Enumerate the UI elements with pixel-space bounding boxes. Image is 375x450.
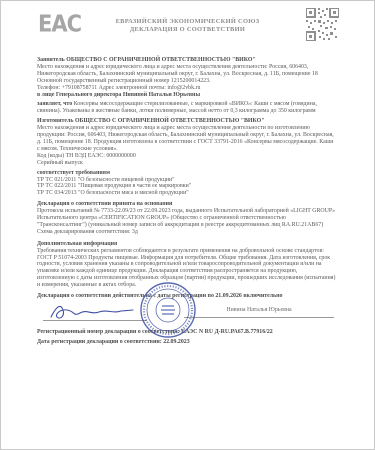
- applicant-ogrn: Основной государственный регистрационный…: [37, 78, 211, 84]
- qr-code-icon: [306, 8, 339, 41]
- eac-mark-logo: EAC: [38, 13, 81, 36]
- compliance-label: соответствует требованиям: [37, 170, 336, 177]
- document-body: Заявитель ОБЩЕСТВО С ОГРАНИЧЕННОЙ ОТВЕТС…: [37, 57, 336, 349]
- document-title: ДЕКЛАРАЦИЯ О СООТВЕТСТВИИ: [86, 26, 289, 34]
- registration-date: 22.09.2023: [163, 339, 190, 345]
- applicant-contacts: Телефон: +79108758711 Адрес электронной …: [37, 85, 200, 91]
- product-description: Консервы мясосодержащие стерилизованные,…: [37, 101, 317, 114]
- round-stamp: [139, 281, 197, 339]
- signature-underline: [43, 320, 147, 321]
- signer-name: Нивина Наталья Юрьевна: [184, 307, 334, 318]
- additional-info-label: Дополнительная информация: [37, 241, 336, 248]
- applicant-address: Место нахождения и адрес юридического ли…: [37, 64, 318, 77]
- applicant-block: Заявитель ОБЩЕСТВО С ОГРАНИЧЕННОЙ ОТВЕТС…: [37, 57, 336, 98]
- tnved-code: Код (коды) ТН ВЭД ЕАЭС: 0000000000: [37, 153, 136, 159]
- regulations-list: ТР ТС 021/2011 "О безопасности пищевой п…: [37, 177, 336, 198]
- union-name: ЕВРАЗИЙСКИЙ ЭКОНОМИЧЕСКИЙ СОЮЗ: [86, 18, 289, 26]
- regulation-item: ТР ТС 034/2013 "О безопасности мяса и мя…: [37, 190, 336, 197]
- manufacturer-label: Изготовитель: [37, 118, 73, 124]
- applicant-label: Заявитель: [37, 57, 65, 63]
- manufacturer-address: Место нахождения и адрес юридического ли…: [37, 125, 334, 152]
- signature-row: Нивина Наталья Юрьевна: [37, 303, 336, 329]
- declaration-document: EAC ЕВРАЗИЙСКИЙ ЭКОНОМИЧЕСКИЙ СОЮЗ ДЕКЛА…: [0, 0, 375, 450]
- registration-date-line: Дата регистрации декларации о соответств…: [37, 339, 336, 346]
- basis-protocol: Протокола испытаний № 7733-22.09/23 от 2…: [37, 208, 336, 229]
- manufacturer-block: Изготовитель ОБЩЕСТВО С ОГРАНИЧЕННОЙ ОТВ…: [37, 118, 336, 166]
- statement-label: заявляет, что: [37, 101, 72, 107]
- serial-release: Серийный выпуск: [37, 160, 83, 166]
- manufacturer-name: ОБЩЕСТВО С ОГРАНИЧЕННОЙ ОТВЕТСТВЕННОСТЬЮ…: [75, 118, 265, 124]
- applicant-name: ОБЩЕСТВО С ОГРАНИЧЕННОЙ ОТВЕТСТВЕННОСТЬЮ…: [66, 57, 256, 63]
- declaration-scheme: Схема декларирования соответствия: 3д: [37, 229, 336, 236]
- signature-section: Декларация о соответствии действительна …: [37, 293, 336, 346]
- product-statement: заявляет, что Консервы мясосодержащие ст…: [37, 101, 336, 115]
- applicant-person: в лице Генерального директора Нивиной На…: [37, 92, 200, 98]
- document-header: ЕВРАЗИЙСКИЙ ЭКОНОМИЧЕСКИЙ СОЮЗ ДЕКЛАРАЦИ…: [86, 18, 289, 33]
- regulation-item: ТР ТС 021/2011 "О безопасности пищевой п…: [37, 177, 336, 184]
